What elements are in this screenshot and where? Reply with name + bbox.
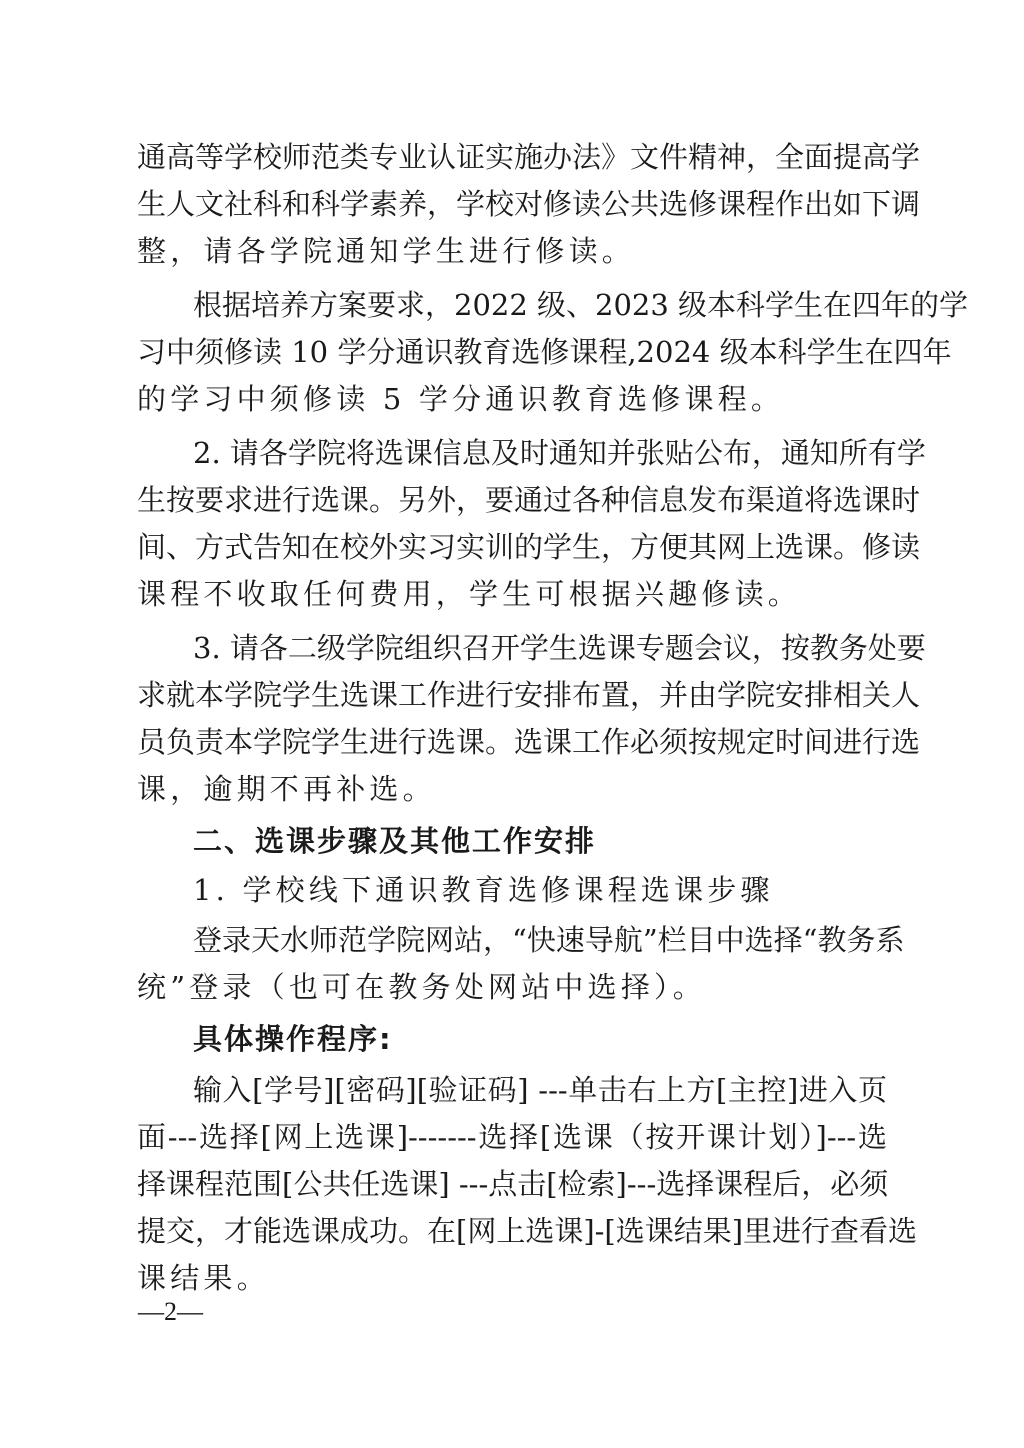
section-heading: 二、选课步骤及其他工作安排 (193, 818, 887, 865)
paragraph-1-line-1: 通高等学校师范类专业认证实施办法》文件精神，全面提高学 (137, 134, 887, 181)
paragraph-6-line-3: 择课程范围[公共任选课] ---点击[检索]---选择课程后，必须 (137, 1161, 887, 1208)
paragraph-6-line-5: 课结果。 (137, 1255, 887, 1302)
paragraph-4-line-1: 3. 请各二级学院组织召开学生选课专题会议，按教务处要 (193, 625, 887, 672)
paragraph-3-line-1: 2. 请各学院将选课信息及时通知并张贴公布，通知所有学 (193, 430, 887, 477)
paragraph-1-line-3: 整，请各学院通知学生进行修读。 (137, 228, 887, 275)
paragraph-6-line-2: 面---选择[网上选课]-------选择[选课（按开课计划）]---选 (137, 1114, 887, 1161)
subsection-heading: 1. 学校线下通识教育选修课程选课步骤 (193, 867, 887, 914)
paragraph-6-line-1: 输入[学号][密码][验证码] ---单击右上方[主控]进入页 (193, 1067, 887, 1114)
paragraph-4-line-3: 员负责本学院学生进行选课。选课工作必须按规定时间进行选 (137, 719, 887, 766)
paragraph-6-line-4: 提交，才能选课成功。在[网上选课]-[选课结果]里进行查看选 (137, 1208, 887, 1255)
paragraph-2-line-2: 习中须修读 10 学分通识教育选修课程,2024 级本科学生在四年 (137, 329, 887, 376)
paragraph-1-line-2: 生人文社科和科学素养，学校对修读公共选修课程作出如下调 (137, 181, 887, 228)
paragraph-3-line-3: 间、方式告知在校外实习实训的学生，方便其网上选课。修读 (137, 524, 887, 571)
paragraph-5-line-1: 登录天水师范学院网站，“快速导航”栏目中选择“教务系 (193, 917, 887, 964)
paragraph-3-line-4: 课程不收取任何费用，学生可根据兴趣修读。 (137, 571, 887, 618)
paragraph-5-line-2: 统”登录（也可在教务处网站中选择）。 (137, 964, 887, 1011)
paragraph-4-line-4: 课，逾期不再补选。 (137, 766, 887, 813)
paragraph-2-line-3: 的学习中须修读 5 学分通识教育选修课程。 (137, 376, 887, 423)
paragraph-3-line-2: 生按要求进行选课。另外，要通过各种信息发布渠道将选课时 (137, 477, 887, 524)
paragraph-4-line-2: 求就本学院学生选课工作进行安排布置，并由学院安排相关人 (137, 672, 887, 719)
procedure-heading: 具体操作程序: (193, 1016, 887, 1063)
page-number: —2— (138, 1294, 203, 1330)
paragraph-2-line-1: 根据培养方案要求，2022 级、2023 级本科学生在四年的学 (193, 282, 887, 329)
